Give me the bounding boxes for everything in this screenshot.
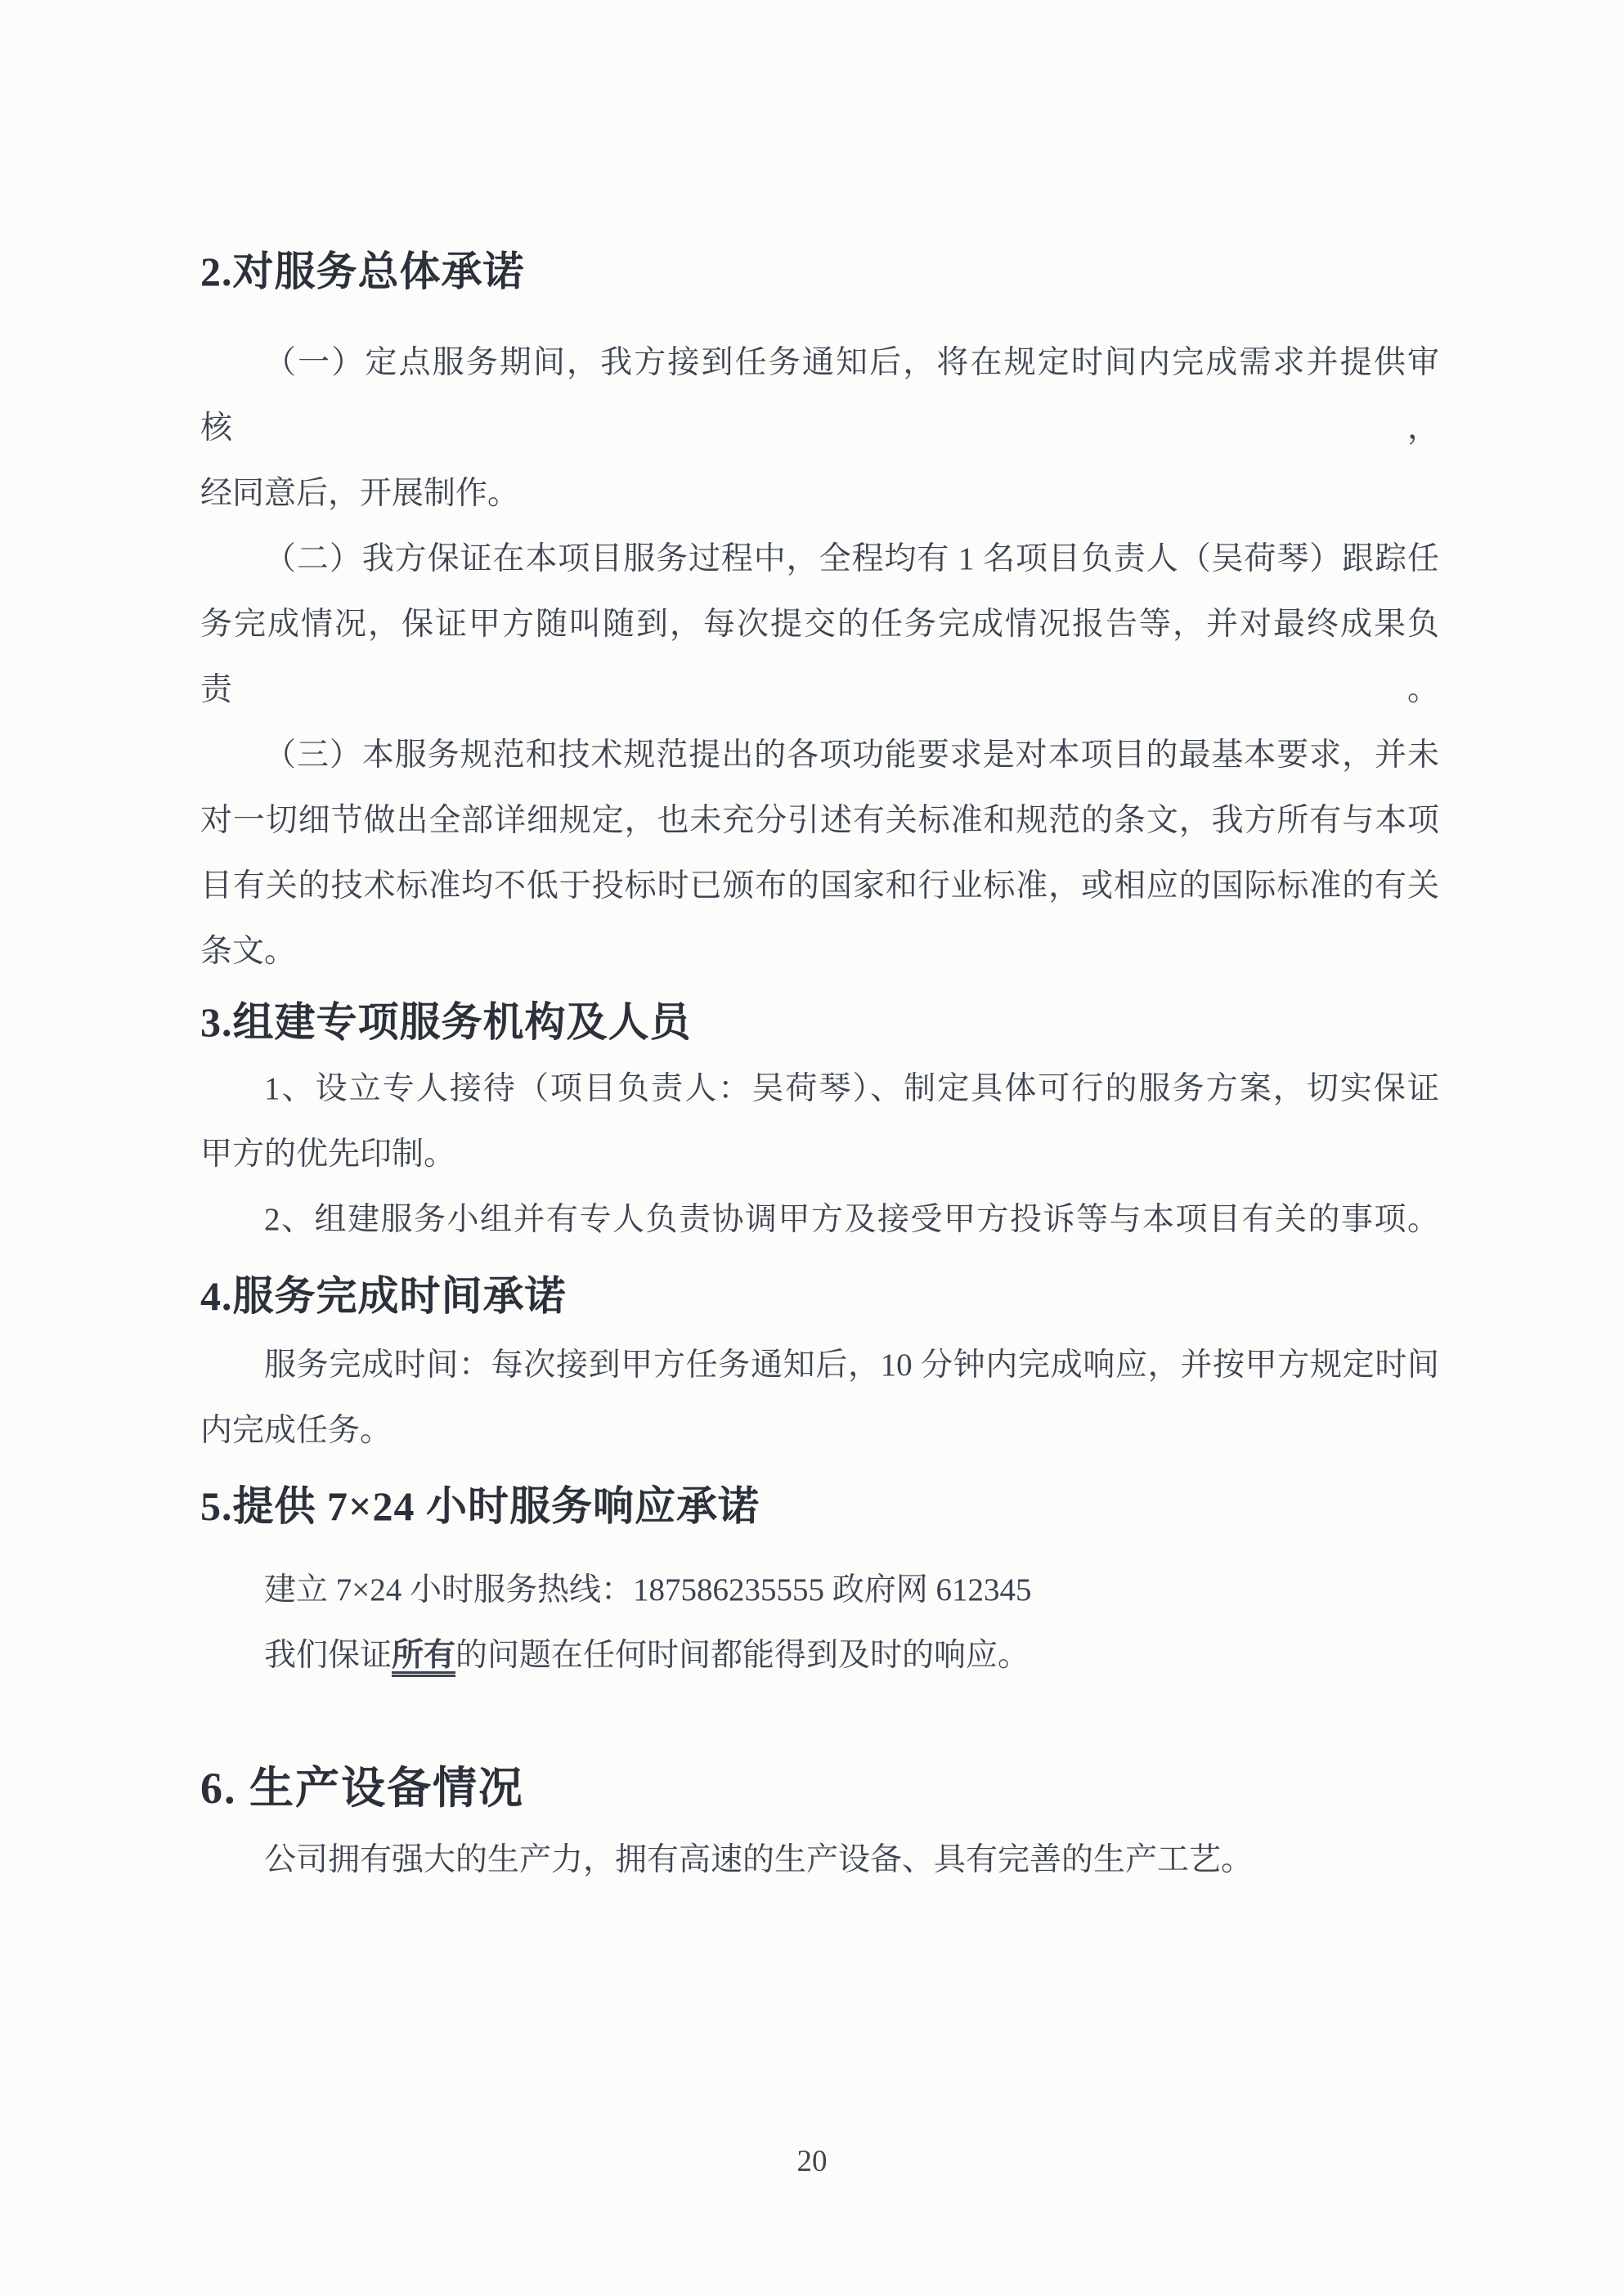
text-line: 对一切细节做出全部详细规定，也未充分引述有关标准和规范的条文，我方所有与本项 [200, 788, 1439, 854]
paragraph: 2、组建服务小组并有专人负责协调甲方及接受甲方投诉等与本项目有关的事项。 [200, 1187, 1439, 1253]
paragraph: （一）定点服务期间，我方接到任务通知后，将在规定时间内完成需求并提供审核，经同意… [200, 330, 1439, 527]
text-run: 内完成任务。 [200, 1413, 392, 1448]
text-run: 1、设立专人接待（项目负责人：吴荷琴）、制定具体可行的服务方案，切实保证 [264, 1071, 1439, 1106]
text-run: 公司拥有强大的生产力，拥有高速的生产设备、具有完善的生产工艺。 [264, 1842, 1253, 1877]
paragraph: 1、设立专人接待（项目负责人：吴荷琴）、制定具体可行的服务方案，切实保证甲方的优… [200, 1056, 1439, 1187]
text-line: 服务完成时间：每次接到甲方任务通知后，10 分钟内完成响应，并按甲方规定时间 [200, 1333, 1439, 1398]
paragraph: （三）本服务规范和技术规范提出的各项功能要求是对本项目的最基本要求，并未对一切细… [200, 723, 1439, 984]
section-heading: 2.对服务总体承诺 [200, 237, 1439, 306]
text-run: 经同意后，开展制作。 [200, 476, 519, 511]
text-line: 1、设立专人接待（项目负责人：吴荷琴）、制定具体可行的服务方案，切实保证 [200, 1056, 1439, 1122]
paragraph: 服务完成时间：每次接到甲方任务通知后，10 分钟内完成响应，并按甲方规定时间内完… [200, 1333, 1439, 1464]
paragraph: 我们保证所有的问题在任何时间都能得到及时的响应。 [200, 1623, 1439, 1688]
section-3: 3.组建专项服务机构及人员1、设立专人接待（项目负责人：吴荷琴）、制定具体可行的… [200, 988, 1439, 1253]
text-line: 甲方的优先印制。 [200, 1122, 1439, 1187]
document-page: 2.对服务总体承诺（一）定点服务期间，我方接到任务通知后，将在规定时间内完成需求… [0, 0, 1624, 2296]
section-6: 6. 生产设备情况公司拥有强大的生产力，拥有高速的生产设备、具有完善的生产工艺。 [200, 1751, 1439, 1893]
paragraph: 公司拥有强大的生产力，拥有高速的生产设备、具有完善的生产工艺。 [200, 1827, 1439, 1893]
section-heading: 3.组建专项服务机构及人员 [200, 988, 1439, 1056]
page-number: 20 [0, 2144, 1624, 2180]
text-run: 务完成情况，保证甲方随叫随到，每次提交的任务完成情况报告等，并对最终成果负责。 [200, 607, 1439, 707]
section-5: 5.提供 7×24 小时服务响应承诺建立 7×24 小时服务热线：1875862… [200, 1472, 1439, 1688]
section-heading: 5.提供 7×24 小时服务响应承诺 [200, 1472, 1439, 1540]
section-2: 2.对服务总体承诺（一）定点服务期间，我方接到任务通知后，将在规定时间内完成需求… [200, 237, 1439, 984]
text-line: 内完成任务。 [200, 1398, 1439, 1464]
text-line: 2、组建服务小组并有专人负责协调甲方及接受甲方投诉等与本项目有关的事项。 [200, 1187, 1439, 1253]
text-run: （三）本服务规范和技术规范提出的各项功能要求是对本项目的最基本要求，并未 [264, 738, 1439, 773]
text-run: 目有关的技术标准均不低于投标时已颁布的国家和行业标准，或相应的国际标准的有关 [200, 868, 1439, 904]
paragraph: 建立 7×24 小时服务热线：187586235555 政府网 612345 [200, 1558, 1439, 1623]
text-line: 条文。 [200, 919, 1439, 984]
section-heading: 6. 生产设备情况 [200, 1751, 1439, 1826]
document-body: 2.对服务总体承诺（一）定点服务期间，我方接到任务通知后，将在规定时间内完成需求… [200, 237, 1439, 1893]
text-line: （三）本服务规范和技术规范提出的各项功能要求是对本项目的最基本要求，并未 [200, 723, 1439, 788]
text-line: 务完成情况，保证甲方随叫随到，每次提交的任务完成情况报告等，并对最终成果负责。 [200, 592, 1439, 723]
text-line: （一）定点服务期间，我方接到任务通知后，将在规定时间内完成需求并提供审核， [200, 330, 1439, 461]
text-line: 我们保证所有的问题在任何时间都能得到及时的响应。 [200, 1623, 1439, 1688]
text-line: （二）我方保证在本项目服务过程中，全程均有 1 名项目负责人（吴荷琴）跟踪任 [200, 527, 1439, 592]
paragraph: （二）我方保证在本项目服务过程中，全程均有 1 名项目负责人（吴荷琴）跟踪任务完… [200, 527, 1439, 723]
text-line: 经同意后，开展制作。 [200, 461, 1439, 527]
text-run: （二）我方保证在本项目服务过程中，全程均有 1 名项目负责人（吴荷琴）跟踪任 [264, 541, 1439, 576]
text-run: 建立 7×24 小时服务热线：187586235555 政府网 612345 [264, 1572, 1032, 1608]
text-run: 我们保证 [264, 1638, 392, 1673]
emphasized-underlined-text: 所有 [392, 1638, 455, 1673]
text-line: 目有关的技术标准均不低于投标时已颁布的国家和行业标准，或相应的国际标准的有关 [200, 854, 1439, 919]
text-run: 的问题在任何时间都能得到及时的响应。 [455, 1638, 1030, 1673]
text-run: 对一切细节做出全部详细规定，也未充分引述有关标准和规范的条文，我方所有与本项 [200, 803, 1439, 838]
text-run: 条文。 [200, 934, 296, 969]
section-4: 4.服务完成时间承诺服务完成时间：每次接到甲方任务通知后，10 分钟内完成响应，… [200, 1262, 1439, 1464]
text-run: 2、组建服务小组并有专人负责协调甲方及接受甲方投诉等与本项目有关的事项。 [264, 1202, 1439, 1237]
text-line: 建立 7×24 小时服务热线：187586235555 政府网 612345 [200, 1558, 1439, 1623]
text-line: 公司拥有强大的生产力，拥有高速的生产设备、具有完善的生产工艺。 [200, 1827, 1439, 1893]
text-run: 甲方的优先印制。 [200, 1137, 455, 1172]
section-heading: 4.服务完成时间承诺 [200, 1262, 1439, 1330]
text-run: （一）定点服务期间，我方接到任务通知后，将在规定时间内完成需求并提供审核， [200, 345, 1439, 446]
text-run: 服务完成时间：每次接到甲方任务通知后，10 分钟内完成响应，并按甲方规定时间 [264, 1348, 1439, 1383]
